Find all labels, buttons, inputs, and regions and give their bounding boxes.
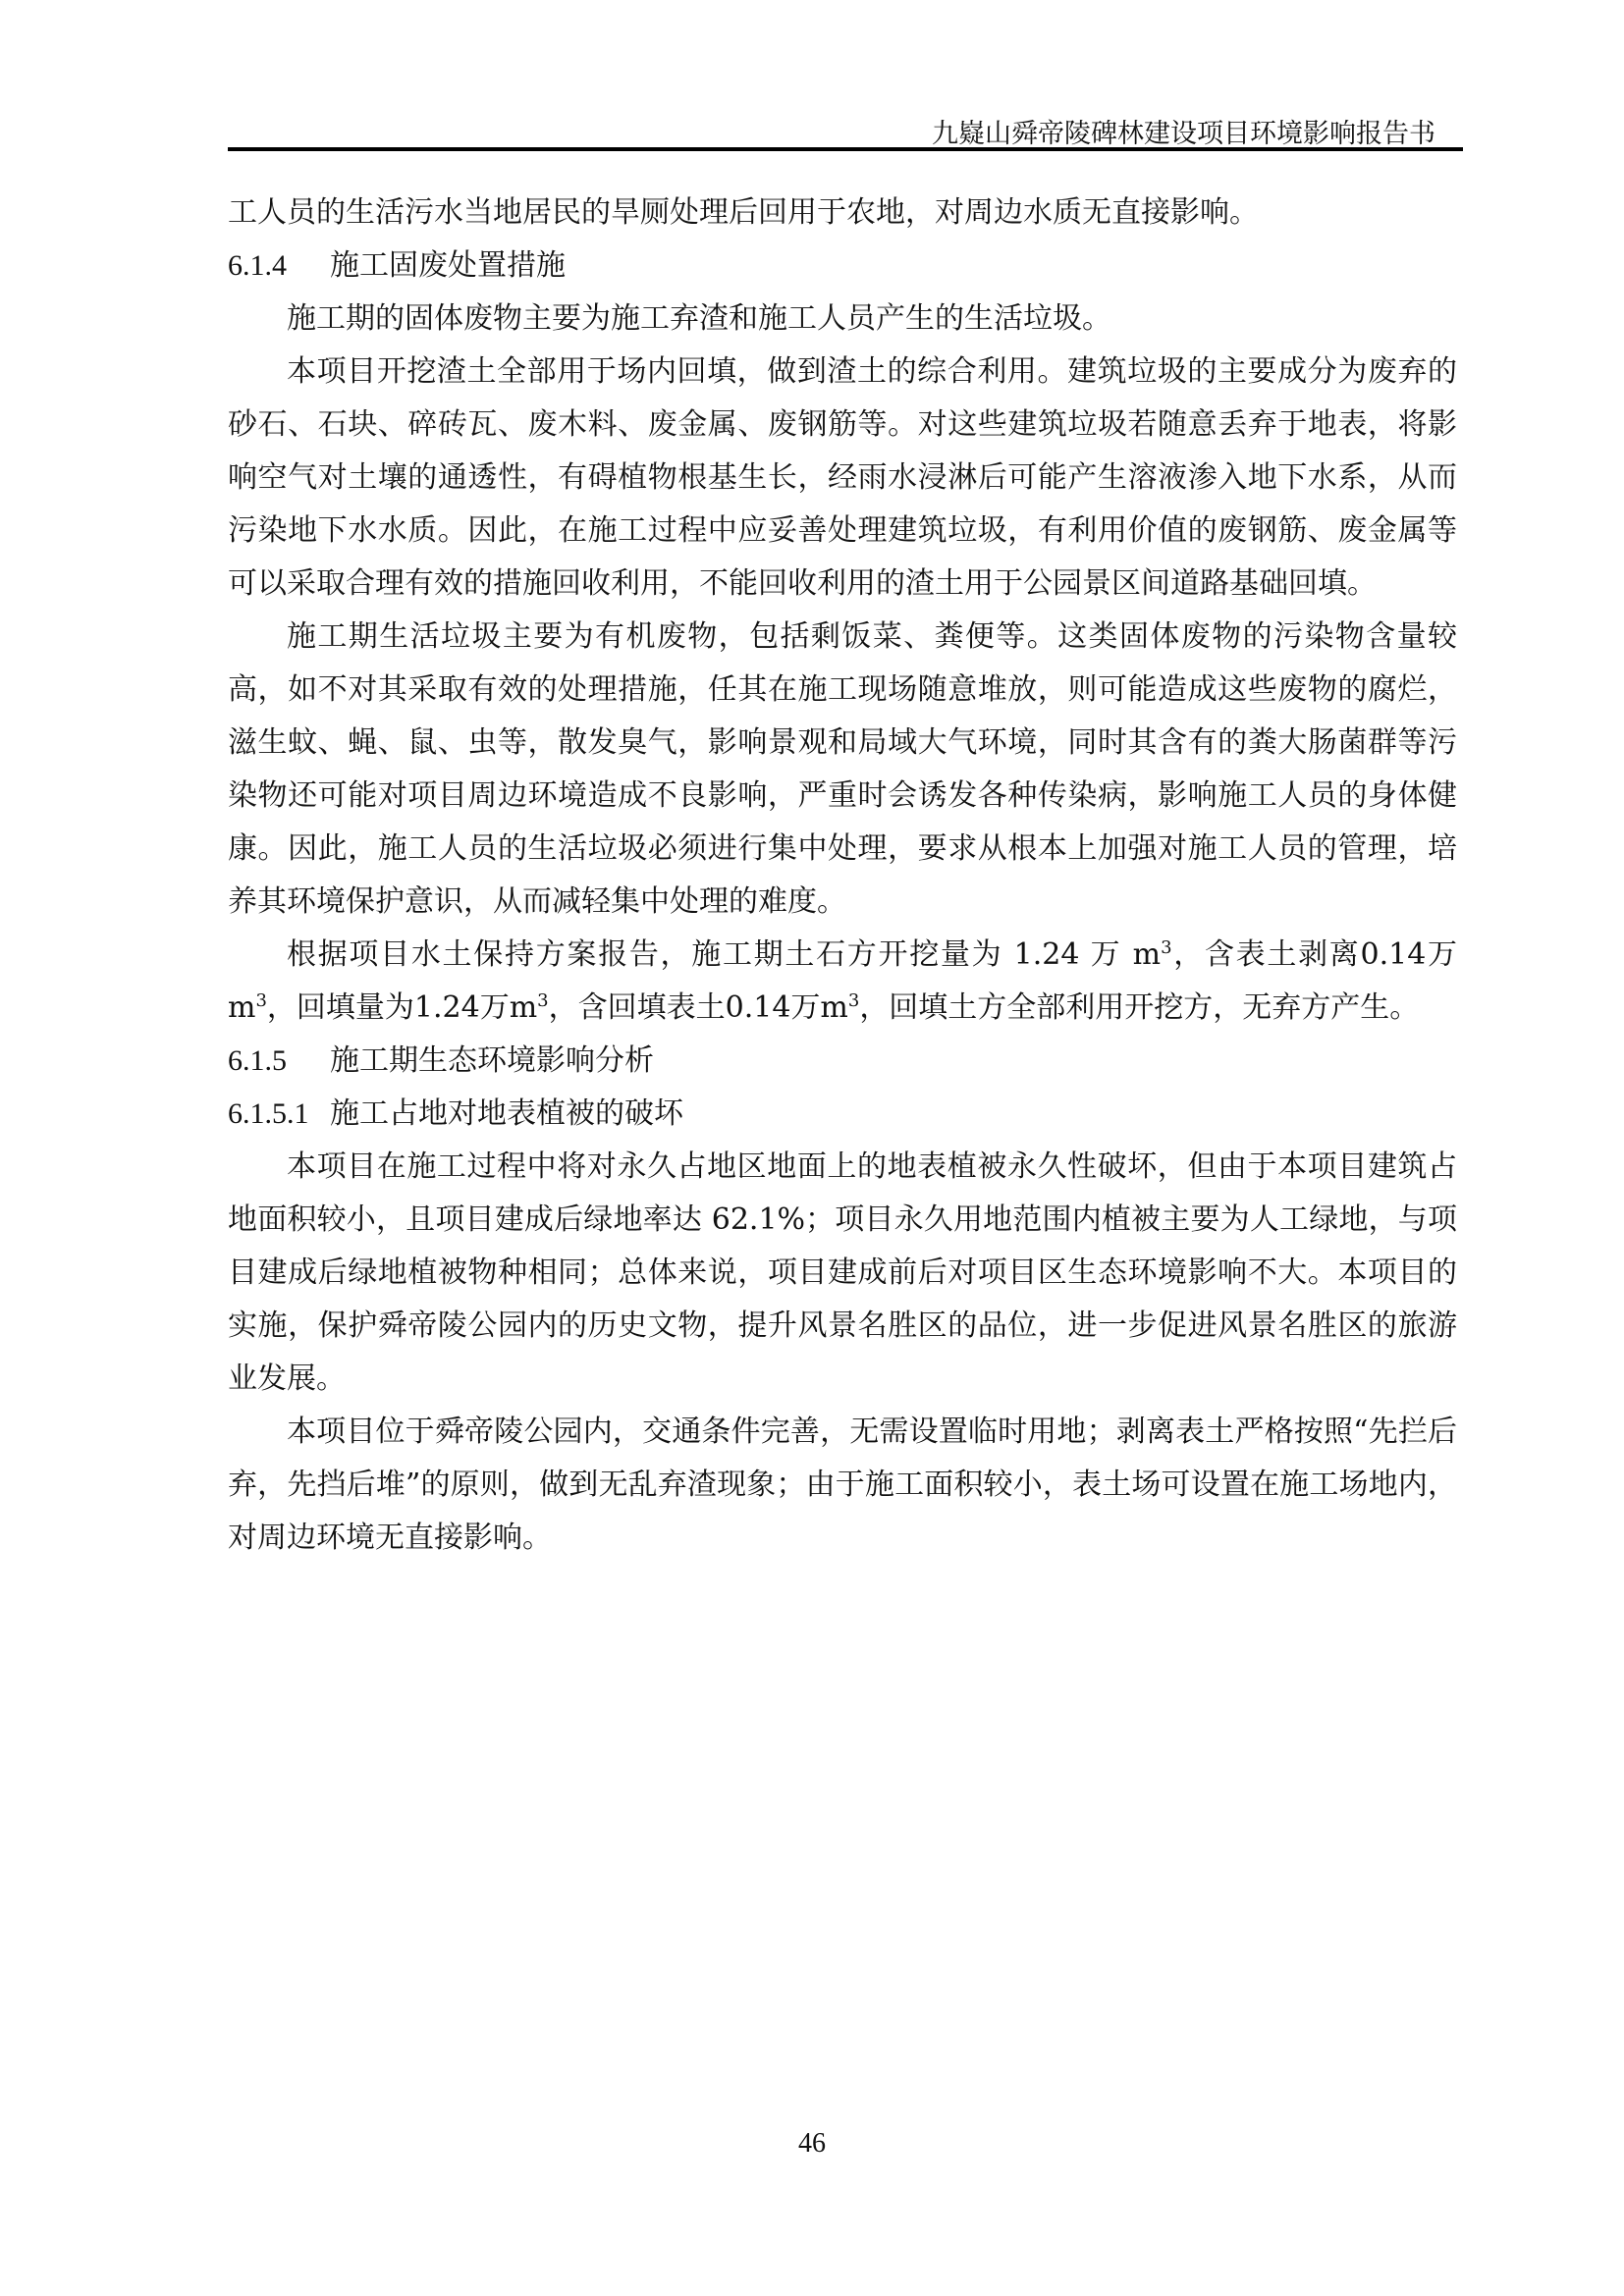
paragraph-continued: 工人员的生活污水当地居民的旱厕处理后回用于农地，对周边水质无直接影响。	[228, 187, 1457, 240]
paragraph: 施工期的固体废物主要为施工弃渣和施工人员产生的生活垃圾。	[228, 293, 1457, 346]
section-title: 施工期生态环境影响分析	[330, 1043, 654, 1078]
section-title: 施工固废处置措施	[330, 248, 566, 283]
paragraph: 本项目在施工过程中将对永久占地区地面上的地表植被永久性破坏，但由于本项目建筑占地…	[228, 1141, 1457, 1406]
paragraph-earthwork: 根据项目水土保持方案报告，施工期土石方开挖量为 1.24 万 m3，含表土剥离0…	[228, 929, 1457, 1035]
section-heading-6-1-4: 6.1.4施工固废处置措施	[228, 240, 1457, 293]
text-run: ，回填量为1.24万m	[267, 990, 537, 1025]
superscript: 3	[1161, 937, 1171, 958]
text-run: 根据项目水土保持方案报告，施工期土石方开挖量为 1.24 万 m	[287, 937, 1161, 972]
superscript: 3	[848, 990, 859, 1011]
section-heading-6-1-5: 6.1.5施工期生态环境影响分析	[228, 1035, 1457, 1088]
paragraph: 本项目开挖渣土全部用于场内回填，做到渣土的综合利用。建筑垃圾的主要成分为废弃的砂…	[228, 346, 1457, 611]
paragraph: 施工期生活垃圾主要为有机废物，包括剩饭菜、粪便等。这类固体废物的污染物含量较高，…	[228, 611, 1457, 929]
section-number: 6.1.5	[228, 1035, 330, 1088]
section-heading-6-1-5-1: 6.1.5.1施工占地对地表植被的破坏	[228, 1088, 1457, 1141]
text-run: ，含回填表土0.14万m	[549, 990, 848, 1025]
document-body: 工人员的生活污水当地居民的旱厕处理后回用于农地，对周边水质无直接影响。 6.1.…	[228, 187, 1457, 1565]
section-number: 6.1.5.1	[228, 1088, 330, 1141]
section-number: 6.1.4	[228, 240, 330, 293]
text-run: ，回填土方全部利用开挖方，无弃方产生。	[859, 990, 1419, 1025]
paragraph: 本项目位于舜帝陵公园内，交通条件完善，无需设置临时用地；剥离表土严格按照“先拦后…	[228, 1406, 1457, 1565]
superscript: 3	[255, 990, 266, 1011]
document-header-title: 九嶷山舜帝陵碑林建设项目环境影响报告书	[932, 112, 1435, 150]
superscript: 3	[537, 990, 548, 1011]
section-title: 施工占地对地表植被的破坏	[330, 1096, 683, 1131]
header-divider	[228, 147, 1463, 151]
page-number: 46	[0, 2128, 1624, 2160]
